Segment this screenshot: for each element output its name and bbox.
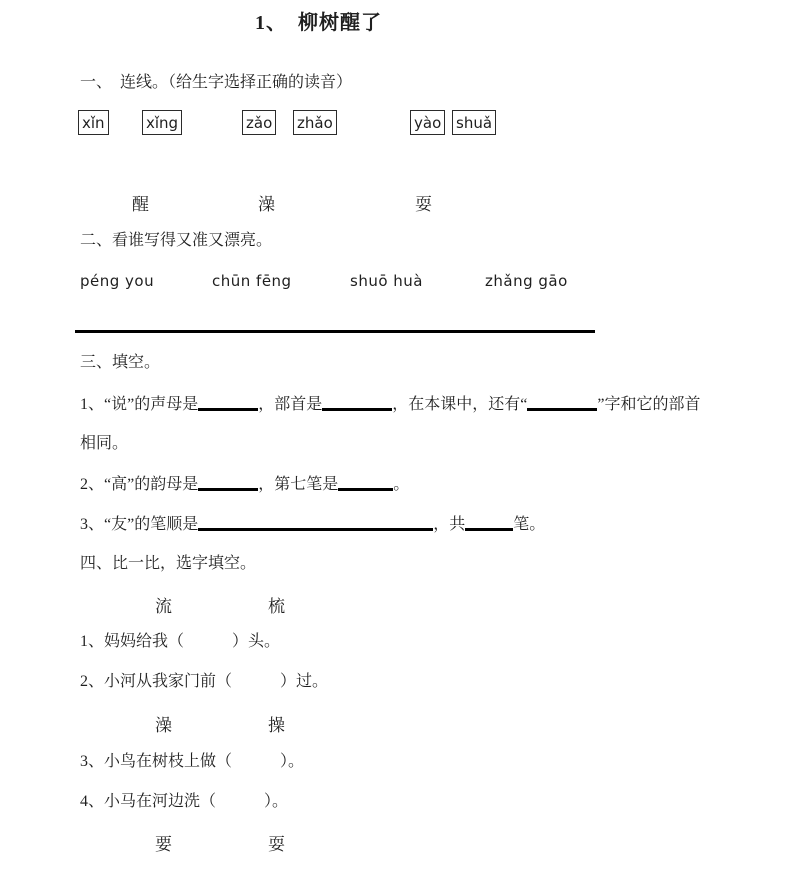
pinyin-option-box: yào	[410, 110, 445, 135]
answer-blank	[198, 515, 433, 531]
worksheet-page: 1、 柳树醒了 一、 连线。（给生字选择正确的读音） xǐn xǐng zǎo …	[0, 0, 800, 880]
choice-question-3: 3、小鸟在树枝上做（ ）。	[80, 751, 304, 773]
choice-question-4: 4、小马在河边洗（ ）。	[80, 791, 288, 813]
choice-character: 梳	[268, 592, 285, 617]
question-text: 3、“友”的笔顺是	[80, 516, 198, 533]
fill-question-1: 1、“说”的声母是，部首是，在本课中，还有“”字和它的部首	[80, 393, 700, 416]
choice-character: 澡	[155, 711, 172, 736]
question-text: 1、“说”的声母是	[80, 396, 198, 413]
choice-character: 耍	[268, 830, 285, 855]
answer-blank	[198, 475, 258, 491]
choice-pair-row: 要 耍	[0, 830, 800, 866]
pinyin-word: chūn fēng	[212, 272, 292, 290]
pinyin-option-box: shuǎ	[452, 110, 496, 135]
fill-question-2: 2、“高”的韵母是，第七笔是。	[80, 473, 409, 496]
choice-character: 要	[155, 830, 172, 855]
fill-question-1-continuation: 相同。	[80, 433, 128, 455]
pinyin-options-row: xǐn xǐng zǎo zhǎo yào shuǎ	[0, 110, 800, 146]
choice-pair-row: 流 梳	[0, 592, 800, 628]
writing-rule-line	[75, 330, 595, 333]
section4-heading: 四、比一比，选字填空。	[80, 553, 256, 575]
question-text: ，在本课中，还有“	[392, 396, 527, 413]
choice-pair-row: 澡 操	[0, 711, 800, 747]
answer-blank	[198, 395, 258, 411]
pinyin-word: péng you	[80, 272, 154, 290]
character-option: 耍	[415, 190, 432, 215]
pinyin-option-box: zǎo	[242, 110, 276, 135]
question-text: ，共	[433, 516, 465, 533]
question-text: ”字和它的部首	[597, 396, 700, 413]
section2-heading: 二、看谁写得又准又漂亮。	[80, 230, 272, 252]
question-text: ，部首是	[258, 396, 322, 413]
pinyin-option-box: xǐng	[142, 110, 182, 135]
choice-character: 操	[268, 711, 285, 736]
section1-heading: 一、 连线。（给生字选择正确的读音）	[80, 72, 352, 94]
answer-blank	[465, 515, 513, 531]
character-option: 澡	[258, 190, 275, 215]
question-text: 。	[393, 476, 409, 493]
question-text: ，第七笔是	[258, 476, 338, 493]
section3-heading: 三、填空。	[80, 352, 160, 374]
pinyin-option-box: xǐn	[78, 110, 109, 135]
choice-question-1: 1、妈妈给我（ ）头。	[80, 631, 280, 653]
choice-question-2: 2、小河从我家门前（ ）过。	[80, 671, 328, 693]
answer-blank	[322, 395, 392, 411]
page-title: 1、 柳树醒了	[255, 12, 382, 34]
question-text: 笔。	[513, 516, 545, 533]
pinyin-word: shuō huà	[350, 272, 423, 290]
character-option: 醒	[132, 190, 149, 215]
answer-blank	[338, 475, 393, 491]
characters-row: 醒 澡 耍	[0, 190, 800, 226]
pinyin-option-box: zhǎo	[293, 110, 337, 135]
pinyin-words-row: péng you chūn fēng shuō huà zhǎng gāo	[0, 272, 800, 308]
pinyin-word: zhǎng gāo	[485, 272, 568, 290]
fill-question-3: 3、“友”的笔顺是，共笔。	[80, 513, 545, 536]
answer-blank	[527, 395, 597, 411]
question-text: 2、“高”的韵母是	[80, 476, 198, 493]
choice-character: 流	[155, 592, 172, 617]
